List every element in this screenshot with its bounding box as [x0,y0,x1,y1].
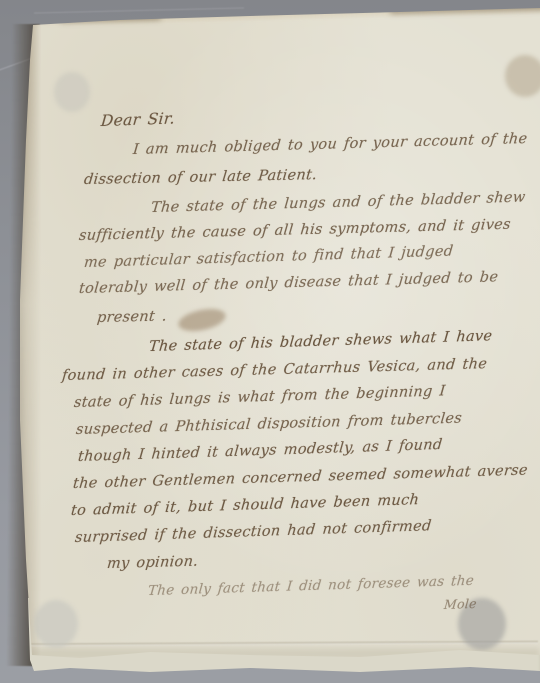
handwriting-line: to admit of it, but I should have been m… [70,492,420,519]
ink-smudge [176,305,227,335]
handwriting-line: suspected a Phthisical disposition from … [75,411,462,439]
handwriting-line: I am much obliged to you for your accoun… [132,131,528,158]
foxing-patch [390,0,540,14]
handwriting-line: state of his lungs is what from the begi… [73,383,446,411]
page-top-browned-edge [0,0,540,28]
handwriting-line: found in other cases of the Catarrhus Ve… [61,356,488,384]
handwriting-line: The state of the lungs and of the bladde… [150,190,526,217]
salutation: Dear Sir. [100,109,176,130]
background-edge-line [34,7,244,13]
page-bottom-crease [30,641,538,647]
handwriting-line: my opinion. [106,554,199,572]
handwriting-line: though I hinted it always modestly, as I… [77,437,443,465]
corner-stain-bottom-left [34,600,78,648]
handwriting-line: the other Gentlemen concerned seemed som… [72,462,528,492]
handwriting-line: present . [96,309,168,327]
corner-stain-top-right [505,55,540,97]
handwriting-line: me particular satisfaction to find that … [83,243,454,271]
handwriting-line: surprised if the dissection had not conf… [74,518,432,546]
handwriting-line-faint: The only fact that I did not foresee was… [147,573,475,599]
manuscript-page: Dear Sir. I am much obliged to you for y… [0,0,540,683]
corner-stain-top-left [54,72,90,112]
manuscript-photo: Dear Sir. I am much obliged to you for y… [0,0,540,683]
handwriting-line: The state of his bladder shews what I ha… [148,328,493,355]
handwriting-line: tolerably well of the only disease that … [78,269,499,297]
handwriting-line: sufficiently the cause of all his sympto… [78,217,511,244]
handwriting-line: dissection of our late Patient. [83,167,318,188]
handwriting-catchword-faint: Mole [443,596,477,612]
